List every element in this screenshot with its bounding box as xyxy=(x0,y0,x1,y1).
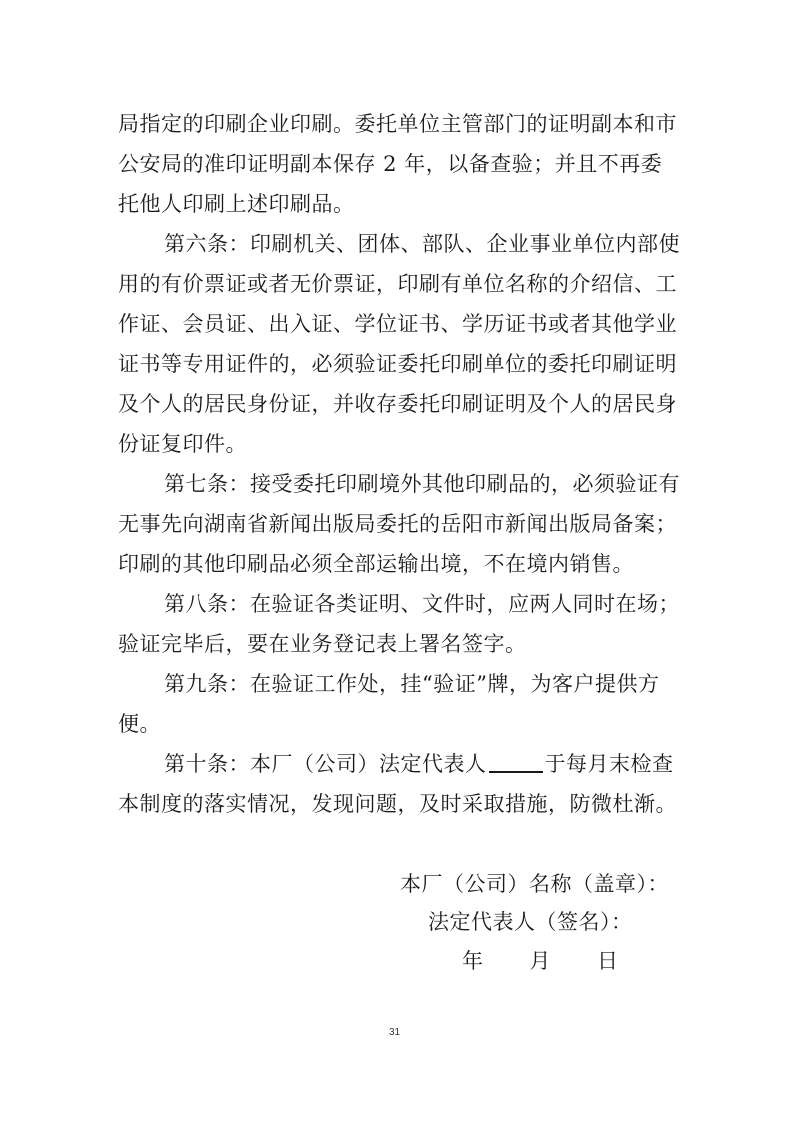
article-7-heading-line: 第七条：接受委托印刷境外其他印刷品的，必须验证有 xyxy=(118,464,698,504)
paragraph-line: 本制度的落实情况，发现问题，及时采取措施，防微杜渐。 xyxy=(118,784,698,824)
article-10-text-after-blank: 于每月末检查 xyxy=(545,752,674,776)
article-10-text-before-blank: 第十条：本厂（公司）法定代表人 xyxy=(164,752,487,776)
representative-name-blank xyxy=(489,747,543,773)
paragraph-line: 证书等专用证件的，必须验证委托印刷单位的委托印刷证明 xyxy=(118,344,698,384)
paragraph-line: 无事先向湖南省新闻出版局委托的岳阳市新闻出版局备案； xyxy=(118,504,698,544)
paragraph-line: 局指定的印刷企业印刷。委托单位主管部门的证明副本和市 xyxy=(118,104,698,144)
date-year-label: 年 xyxy=(462,945,484,975)
paragraph-line: 公安局的准印证明副本保存 2 年，以备查验；并且不再委 xyxy=(118,144,698,184)
page-number: 31 xyxy=(389,1027,400,1038)
paragraph-line: 验证完毕后，要在业务登记表上署名签字。 xyxy=(118,624,698,664)
paragraph-line: 托他人印刷上述印刷品。 xyxy=(118,184,698,224)
paragraph-line: 份证复印件。 xyxy=(118,424,698,464)
paragraph-line: 及个人的居民身份证，并收存委托印刷证明及个人的居民身 xyxy=(118,384,698,424)
document-body: 局指定的印刷企业印刷。委托单位主管部门的证明副本和市 公安局的准印证明副本保存 … xyxy=(118,104,698,824)
paragraph-line: 印刷的其他印刷品必须全部运输出境，不在境内销售。 xyxy=(118,544,698,584)
signature-date-line: 年月日 xyxy=(462,945,619,975)
article-10-heading-line: 第十条：本厂（公司）法定代表人于每月末检查 xyxy=(118,744,698,784)
paragraph-line: 用的有价票证或者无价票证，印刷有单位名称的介绍信、工 xyxy=(118,264,698,304)
article-8-heading-line: 第八条：在验证各类证明、文件时，应两人同时在场； xyxy=(118,584,698,624)
date-day-label: 日 xyxy=(597,945,619,975)
signature-representative-line: 法定代表人（签名）： xyxy=(428,906,633,936)
paragraph-line: 作证、会员证、出入证、学位证书、学历证书或者其他学业 xyxy=(118,304,698,344)
paragraph-line: 便。 xyxy=(118,704,698,744)
date-month-label: 月 xyxy=(530,945,552,975)
article-9-heading-line: 第九条：在验证工作处，挂“验证”牌，为客户提供方 xyxy=(118,664,698,704)
article-6-heading-line: 第六条：印刷机关、团体、部队、企业事业单位内部使 xyxy=(118,224,698,264)
signature-company-line: 本厂（公司）名称（盖章）： xyxy=(400,868,669,898)
